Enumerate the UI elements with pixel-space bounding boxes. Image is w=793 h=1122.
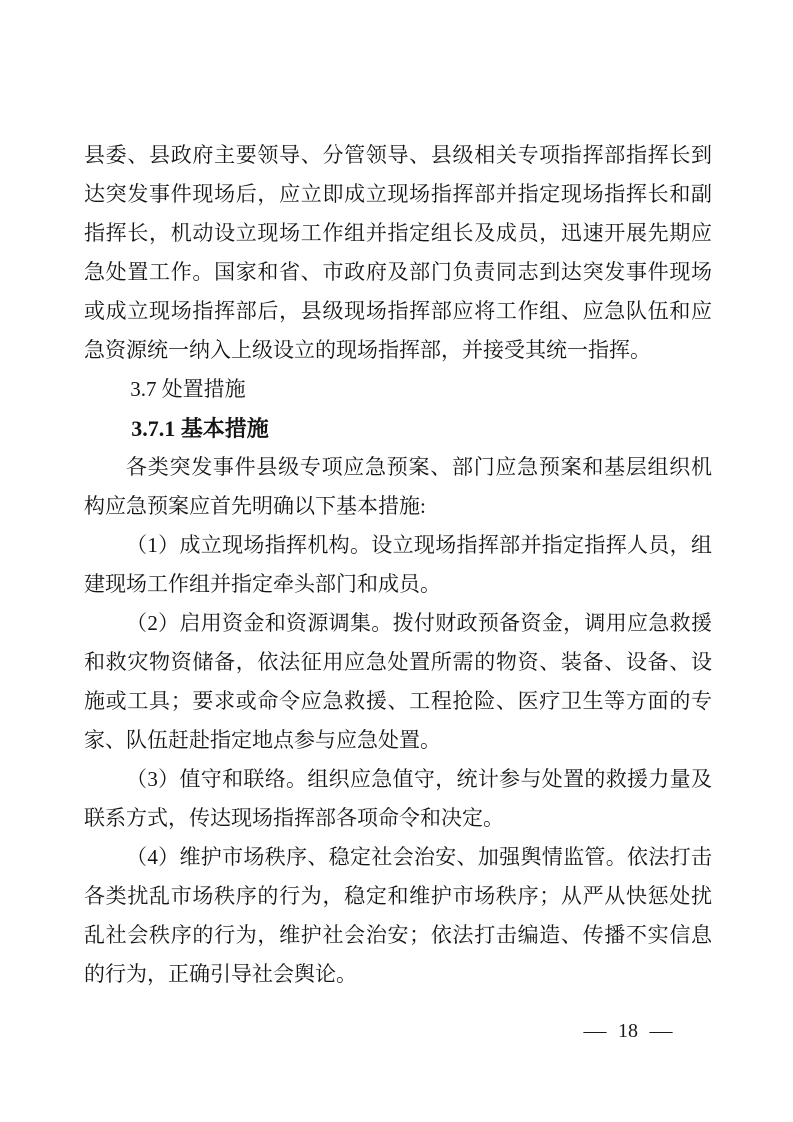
continued-paragraph: 县委、县政府主要领导、分管领导、县级相关专项指挥部指挥长到达突发事件现场后，应立… <box>84 136 712 370</box>
measure-item-1: （1）成立现场指挥机构。设立现场指挥部并指定指挥人员，组建现场工作组并指定牵头部… <box>84 526 712 604</box>
page-number: 18 <box>618 1016 638 1046</box>
footer-left-dash: — <box>584 1016 607 1046</box>
footer-right-dash: — <box>650 1016 673 1046</box>
section-heading-3-7: 3.7 处置措施 <box>84 370 712 409</box>
subsection-heading-3-7-1: 3.7.1 基本措施 <box>84 409 712 448</box>
measure-item-3: （3）值守和联络。组织应急值守，统计参与处置的救援力量及联系方式，传达现场指挥部… <box>84 760 712 838</box>
page-footer: — 18 — <box>585 1016 671 1046</box>
measure-item-2: （2）启用资金和资源调集。拨付财政预备资金，调用应急救援和救灾物资储备，依法征用… <box>84 604 712 760</box>
page-body-text: 县委、县政府主要领导、分管领导、县级相关专项指挥部指挥长到达突发事件现场后，应立… <box>84 136 712 994</box>
document-page: 县委、县政府主要领导、分管领导、县级相关专项指挥部指挥长到达突发事件现场后，应立… <box>0 0 793 1122</box>
intro-paragraph: 各类突发事件县级专项应急预案、部门应急预案和基层组织机构应急预案应首先明确以下基… <box>84 448 712 526</box>
measure-item-4: （4）维护市场秩序、稳定社会治安、加强舆情监管。依法打击各类扰乱市场秩序的行为，… <box>84 838 712 994</box>
